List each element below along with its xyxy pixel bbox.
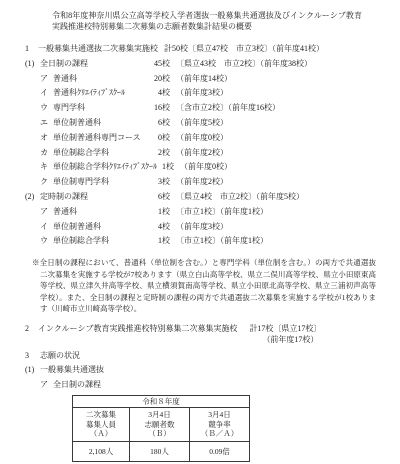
item-detail: （前年度3校） [176, 86, 228, 101]
group-label: 定時制の課程 [40, 190, 88, 205]
sub1a-number: ア [40, 378, 53, 392]
section2-summary-line2: （前年度17校） [249, 334, 321, 346]
list-item-tanisei-sogo-creative: キ単位制総合学科ｸﾘｴｲﾃｨﾌﾞｽｸｰﾙ 1校 （前年度0校） [25, 160, 375, 175]
document-page: 令和8年度神奈川県公立高等学校入学者選抜一般募集共通選抜及びインクルーシブ教育実… [0, 0, 400, 464]
section3-label: 志願の状況 [40, 349, 80, 363]
item-number: イ [40, 220, 53, 235]
section1-number: 1 [25, 42, 38, 57]
table-header-ratio: 3月4日 競争率 （Ｂ／Ａ） [190, 408, 250, 442]
item-count: 1校 [153, 205, 170, 220]
item-count: 3校 [153, 175, 170, 190]
item-label: 単位制普通科 [53, 116, 101, 131]
list-item-tanisei-senmon: ク単位制専門学科 3校 （前年度2校） [25, 175, 375, 190]
item-number: キ [40, 160, 53, 175]
group-count: 6校 [153, 190, 170, 205]
item-number: ア [40, 72, 53, 87]
item-count: 4校 [153, 86, 170, 101]
item-detail: （前年度3校） [176, 220, 228, 235]
group-number: (1) [25, 57, 40, 72]
section2-label: インクルーシブ教育実践推進校特別募集二次募集実施校 [38, 323, 237, 346]
list-item-tanisei-sogo: カ単位制総合学科 2校 （前年度2校） [25, 146, 375, 161]
item-detail: （前年度2校） [176, 146, 228, 161]
section1-label: 一般募集共通選抜二次募集実施校 [38, 42, 158, 57]
item-number: ク [40, 175, 53, 190]
footnote: ※全日制の課程において、普通科（単位制を含む。）と専門学科（単位制を含む。）の両… [32, 257, 376, 315]
section2-heading: 2 インクルーシブ教育実践推進校特別募集二次募集実施校 計17校〔県立17校〕 … [25, 323, 375, 346]
item-label: 単位制普通科 [53, 220, 101, 235]
group-parttime: (2)定時制の課程 6校 〔県立4校 市立2校〕（前年度5校） [25, 190, 375, 205]
item-detail: 〔市立1校〕（前年度1校） [176, 234, 268, 249]
item-count: 2校 [153, 146, 170, 161]
item-label: 単位制総合学科ｸﾘｴｲﾃｨﾌﾞｽｸｰﾙ [53, 160, 157, 175]
item-detail: （前年度0校） [180, 160, 232, 175]
page-title: 令和8年度神奈川県公立高等学校入学者選抜一般募集共通選抜及びインクルーシブ教育実… [52, 10, 362, 32]
item-number: カ [40, 146, 53, 161]
item-count: 1校 [153, 234, 170, 249]
section2-summary-line1: 計17校〔県立17校〕 [249, 323, 321, 335]
section3-number: 3 [25, 349, 40, 363]
item-number: ウ [40, 101, 53, 116]
header-line: 3月4日 [190, 410, 249, 420]
section3-sub1: (1) 一般募集共通選抜 [25, 363, 375, 377]
item-count: 20校 [153, 72, 170, 87]
group-label: 全日制の課程 [40, 57, 88, 72]
list-item-senmon: ウ専門学科 16校 〔含市立2校〕（前年度16校） [25, 101, 375, 116]
item-count: 0校 [153, 131, 170, 146]
item-label: 単位制総合学科 [53, 146, 109, 161]
item-label: 単位制専門学科 [53, 175, 109, 190]
item-count: 4校 [153, 220, 170, 235]
item-detail: 〔含市立2校〕（前年度16校） [176, 101, 280, 116]
sub1-number: (1) [25, 363, 40, 377]
header-line: 競争率 [190, 420, 249, 430]
table-year-header: 令和８年度 [73, 396, 250, 408]
item-label: 普通科 [53, 72, 77, 87]
group-number: (2) [25, 190, 40, 205]
table-value-applicants: 180人 [130, 441, 190, 461]
item-detail: （前年度0校） [176, 131, 228, 146]
list-item-pt-tanisei-sogo: ウ単位制総合学科 1校 〔市立1校〕（前年度1校） [25, 234, 375, 249]
section1-heading: 1 一般募集共通選抜二次募集実施校 計50校〔県立47校 市立3校〕（前年度41… [25, 42, 375, 57]
header-line: （Ｂ／Ａ） [190, 429, 249, 439]
section2-number: 2 [25, 323, 38, 346]
header-line: 募集人員 [73, 420, 129, 430]
item-detail: （前年度5校） [176, 116, 228, 131]
section3-heading: 3 志願の状況 [25, 349, 375, 363]
table-header-applicants: 3月4日 志願者数 （Ｂ） [130, 408, 190, 442]
table-header-recruit-capacity: 二次募集 募集人員 （Ａ） [73, 408, 130, 442]
item-label: 専門学科 [53, 101, 85, 116]
item-label: 単位制普通科専門コース [53, 131, 141, 146]
sub1a-label: 全日制の課程 [53, 378, 101, 392]
header-line: 3月4日 [130, 410, 189, 420]
item-number: エ [40, 116, 53, 131]
list-item-pt-tanisei-futsuka: イ単位制普通科 4校 （前年度3校） [25, 220, 375, 235]
list-item-senmon-course: オ単位制普通科専門コース 0校 （前年度0校） [25, 131, 375, 146]
item-number: イ [40, 86, 53, 101]
group-fulltime: (1)全日制の課程 45校 〔県立43校 市立2校〕（前年度38校） [25, 57, 375, 72]
header-line: 志願者数 [130, 420, 189, 430]
list-item-futsuka: ア普通科 20校 （前年度14校） [25, 72, 375, 87]
table-value-capacity: 2,108人 [73, 441, 130, 461]
item-number: オ [40, 131, 53, 146]
list-item-tanisei-futsuka: エ単位制普通科 6校 （前年度5校） [25, 116, 375, 131]
item-count: 1校 [157, 160, 174, 175]
item-label: 単位制総合学科 [53, 234, 109, 249]
item-number: ウ [40, 234, 53, 249]
sub1-label: 一般募集共通選抜 [40, 363, 104, 377]
group-count: 45校 [153, 57, 170, 72]
section1-summary: 計50校〔県立47校 市立3校〕（前年度41校） [164, 42, 324, 57]
item-number: ア [40, 205, 53, 220]
item-label: 普通科 [53, 205, 77, 220]
list-item-pt-futsuka: ア普通科 1校 〔市立1校〕（前年度1校） [25, 205, 375, 220]
group-detail: 〔県立4校 市立2校〕（前年度5校） [176, 190, 304, 205]
item-count: 6校 [153, 116, 170, 131]
section3-sub1a: ア 全日制の課程 [25, 378, 375, 392]
item-detail: 〔市立1校〕（前年度1校） [176, 205, 268, 220]
table-value-ratio: 0.09倍 [190, 441, 250, 461]
applicant-summary-table: 令和８年度 二次募集 募集人員 （Ａ） 3月4日 志願者数 （Ｂ） 3月4日 競… [72, 395, 250, 462]
item-detail: （前年度14校） [176, 72, 232, 87]
section2-summary: 計17校〔県立17校〕 （前年度17校） [249, 323, 321, 346]
header-line: 二次募集 [73, 410, 129, 420]
header-line: （Ｂ） [130, 429, 189, 439]
header-line: （Ａ） [73, 429, 129, 439]
list-item-creative-school: イ普通科ｸﾘｴｲﾃｨﾌﾞｽｸｰﾙ 4校 （前年度3校） [25, 86, 375, 101]
item-count: 16校 [153, 101, 170, 116]
item-label: 普通科ｸﾘｴｲﾃｨﾌﾞｽｸｰﾙ [53, 86, 125, 101]
group-detail: 〔県立43校 市立2校〕（前年度38校） [176, 57, 312, 72]
item-detail: （前年度2校） [176, 175, 228, 190]
